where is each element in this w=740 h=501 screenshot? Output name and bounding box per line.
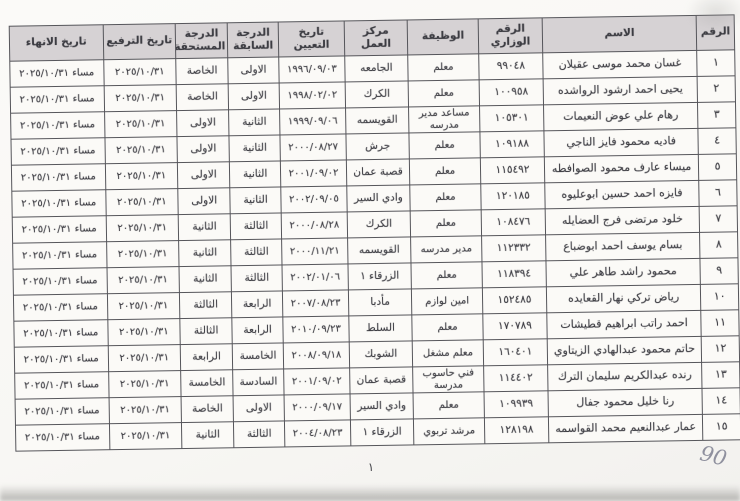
cell-previous-grade: الاولى — [233, 395, 284, 422]
cell-appointment-date: ٢٠١٠/٠٩/٢٣ — [283, 316, 349, 343]
cell-termination-date: مساء ٢٠٢٥/١٠/٣١ — [13, 268, 107, 295]
cell-promotion-date: ٢٠٢٥/١٠/٣١ — [105, 137, 178, 164]
cell-number: ٤ — [698, 128, 736, 155]
cell-promotion-date: ٢٠٢٥/١٠/٣١ — [109, 397, 182, 424]
promotion-table: الرقم الاسم الرقم الوزاري الوظيفة مركز ا… — [9, 14, 740, 451]
cell-entitled-grade: الخاصة — [176, 84, 229, 111]
cell-name: رنا خليل محمود جفال — [548, 388, 703, 416]
cell-name: بسام يوسف احمد ابوضباع — [545, 232, 700, 260]
cell-promotion-date: ٢٠٢٥/١٠/٣١ — [107, 293, 180, 320]
cell-entitled-grade: الاولى — [177, 162, 230, 189]
cell-job-title: معلم — [412, 314, 483, 341]
cell-entitled-grade: الاولى — [177, 136, 230, 163]
cell-previous-grade: الثانية — [229, 135, 280, 162]
cell-name: رنده عبدالكريم سليمان الترك — [547, 362, 702, 390]
cell-work-center: السلط — [349, 315, 412, 342]
cell-job-title: معلم — [410, 210, 481, 237]
cell-number: ١٥ — [703, 414, 740, 441]
cell-number: ٥ — [699, 154, 737, 181]
cell-work-center: الكرك — [347, 211, 410, 238]
cell-job-title: مرشد تربوي — [413, 418, 484, 445]
cell-work-center: قصبة عمان — [350, 367, 413, 394]
cell-entitled-grade: الثانية — [178, 214, 231, 241]
cell-job-title: فني حاسوب مدرسة — [413, 366, 484, 393]
cell-previous-grade: الاولى — [228, 83, 279, 110]
cell-promotion-date: ٢٠٢٥/١٠/٣١ — [105, 189, 178, 216]
cell-appointment-date: ٢٠٠٨/٠٩/١٨ — [283, 342, 349, 369]
cell-name: رياض تركي نهار القعايده — [546, 284, 701, 312]
cell-work-center: مأدبا — [348, 289, 411, 316]
cell-previous-grade: السادسة — [233, 369, 284, 396]
cell-name: فاديه محمود فايز الناجي — [544, 128, 699, 156]
cell-job-title: معلم — [409, 132, 480, 159]
cell-job-title: معلم — [410, 184, 481, 211]
cell-appointment-date: ١٩٩٨/٠٢/٠٢ — [279, 82, 345, 109]
cell-ministry-number: ١٠٩١٨٨ — [480, 131, 544, 158]
cell-appointment-date: ٢٠٠٢/٠٩/٠٥ — [281, 186, 347, 213]
cell-previous-grade: الثالثة — [231, 239, 282, 266]
cell-job-title: معلم — [409, 158, 480, 185]
cell-termination-date: مساء ٢٠٢٥/١٠/٣١ — [15, 424, 109, 451]
table-body: ١غسان محمد موسى عقيلان٩٩٠٤٨معلمالجامعه١٩… — [10, 50, 740, 451]
cell-termination-date: مساء ٢٠٢٥/١٠/٣١ — [12, 216, 106, 243]
cell-work-center: جرش — [346, 133, 409, 160]
cell-work-center: القويسمه — [348, 237, 411, 264]
cell-name: عمار عبدالنعيم محمد القواسمه — [548, 414, 703, 442]
cell-number: ١٤ — [702, 388, 740, 415]
cell-number: ٧ — [699, 206, 737, 233]
cell-previous-grade: الرابعة — [232, 291, 283, 318]
header-previous-grade: الدرجة السابقة — [227, 22, 278, 58]
cell-appointment-date: ٢٠٠٧/٠٨/٢٣ — [282, 290, 348, 317]
cell-name: يحيى احمد ارشود الرواشده — [543, 76, 698, 104]
cell-ministry-number: ١١٥٤٩٢ — [480, 157, 544, 184]
cell-entitled-grade: الخاصة — [181, 396, 234, 423]
cell-ministry-number: ١٠٥٣٠١ — [480, 105, 544, 132]
cell-number: ١٠ — [701, 284, 739, 311]
scan-bottom-shadow — [0, 485, 740, 501]
cell-termination-date: مساء ٢٠٢٥/١٠/٣١ — [10, 86, 104, 113]
header-entitled-grade: الدرجة المستحقة — [175, 23, 228, 59]
cell-promotion-date: ٢٠٢٥/١٠/٣١ — [107, 319, 180, 346]
cell-termination-date: مساء ٢٠٢٥/١٠/٣١ — [11, 164, 105, 191]
cell-job-title: معلم — [411, 262, 482, 289]
cell-previous-grade: الثالثة — [230, 213, 281, 240]
cell-job-title: معلم — [408, 80, 479, 107]
cell-termination-date: مساء ٢٠٢٥/١٠/٣١ — [10, 60, 104, 87]
cell-ministry-number: ١٦٠٤٠١ — [483, 339, 547, 366]
cell-promotion-date: ٢٠٢٥/١٠/٣١ — [108, 371, 181, 398]
cell-number: ٢ — [697, 76, 735, 103]
cell-promotion-date: ٢٠٢٥/١٠/٣١ — [104, 111, 177, 138]
cell-name: خلود مرتضى فرج العضايله — [545, 206, 700, 234]
cell-work-center: الزرقاء ١ — [348, 263, 411, 290]
header-termination-date: تاريخ الانهاء — [9, 25, 103, 61]
header-number: الرقم — [696, 15, 734, 51]
cell-termination-date: مساء ٢٠٢٥/١٠/٣١ — [11, 112, 105, 139]
cell-promotion-date: ٢٠٢٥/١٠/٣١ — [104, 85, 177, 112]
cell-work-center: الجامعه — [345, 55, 408, 82]
cell-entitled-grade: الرابعة — [180, 344, 233, 371]
cell-ministry-number: ١٥٢٤٨٥ — [482, 287, 546, 314]
cell-promotion-date: ٢٠٢٥/١٠/٣١ — [105, 163, 178, 190]
cell-work-center: الزرقاء ١ — [350, 419, 413, 446]
cell-name: غسان محمد موسى عقيلان — [543, 50, 698, 78]
cell-name: رهام علي عوض النعيمات — [543, 102, 698, 130]
cell-promotion-date: ٢٠٢٥/١٠/٣١ — [103, 59, 176, 86]
cell-job-title: امين لوازم — [411, 288, 482, 315]
cell-promotion-date: ٢٠٢٥/١٠/٣١ — [109, 423, 182, 450]
cell-entitled-grade: الثانية — [179, 240, 232, 267]
cell-ministry-number: ١٠٩٩٣٩ — [484, 391, 548, 418]
header-work-center: مركز العمل — [344, 20, 408, 56]
cell-termination-date: مساء ٢٠٢٥/١٠/٣١ — [13, 242, 107, 269]
cell-appointment-date: ٢٠٠٤/٠٨/٢٣ — [284, 420, 350, 447]
cell-name: احمد راتب ابراهيم قطيشات — [547, 310, 702, 338]
header-ministry-number: الرقم الوزاري — [478, 18, 542, 54]
cell-ministry-number: ١٧٠٧٨٩ — [483, 313, 547, 340]
header-name: الاسم — [542, 15, 697, 52]
cell-name: حاتم محمود عبدالهادي الزيتاوي — [547, 336, 702, 364]
cell-previous-grade: الرابعة — [232, 317, 283, 344]
cell-entitled-grade: الاولى — [178, 188, 231, 215]
cell-name: فايزه احمد حسين ابوعليوه — [545, 180, 700, 208]
promotion-table-container: الرقم الاسم الرقم الوزاري الوظيفة مركز ا… — [9, 14, 740, 451]
cell-ministry-number: ١٠٠٩٥٨ — [479, 79, 543, 106]
cell-appointment-date: ٢٠٠٠/٠٨/٢٧ — [280, 134, 346, 161]
cell-ministry-number: ١١٤٤٠٢ — [484, 365, 548, 392]
cell-previous-grade: الثالثة — [231, 265, 282, 292]
cell-number: ٣ — [698, 102, 736, 129]
cell-previous-grade: الثانية — [230, 161, 281, 188]
cell-ministry-number: ١٢٠١٨٥ — [481, 183, 545, 210]
cell-termination-date: مساء ٢٠٢٥/١٠/٣١ — [12, 190, 106, 217]
cell-termination-date: مساء ٢٠٢٥/١٠/٣١ — [13, 294, 107, 321]
cell-work-center: قصبة عمان — [346, 159, 409, 186]
cell-previous-grade: الاولى — [228, 57, 279, 84]
cell-previous-grade: الخامسة — [232, 343, 283, 370]
cell-number: ١ — [697, 50, 735, 77]
cell-appointment-date: ٢٠٠١/٠٩/٠٢ — [280, 160, 346, 187]
cell-number: ١١ — [701, 310, 739, 337]
handwritten-page-mark: 90 — [697, 441, 729, 471]
cell-job-title: مساعد مدير مدرسه — [409, 106, 480, 133]
cell-termination-date: مساء ٢٠٢٥/١٠/٣١ — [14, 346, 108, 373]
cell-previous-grade: الثالثة — [234, 421, 285, 448]
cell-termination-date: مساء ٢٠٢٥/١٠/٣١ — [14, 320, 108, 347]
cell-job-title: مدير مدرسه — [411, 236, 482, 263]
cell-entitled-grade: الثانية — [179, 266, 232, 293]
cell-work-center: الشوبك — [349, 341, 412, 368]
cell-promotion-date: ٢٠٢٥/١٠/٣١ — [108, 345, 181, 372]
cell-entitled-grade: الثالثة — [179, 292, 232, 319]
cell-work-center: وادي السير — [347, 185, 410, 212]
cell-number: ١٣ — [702, 362, 740, 389]
cell-termination-date: مساء ٢٠٢٥/١٠/٣١ — [15, 372, 109, 399]
header-promotion-date: تاريخ الترفيع — [103, 24, 176, 60]
cell-name: محمود راشد طاهر علي — [546, 258, 701, 286]
cell-number: ٨ — [700, 232, 738, 259]
cell-appointment-date: ٢٠٠٠/٠٩/١٧ — [284, 394, 350, 421]
cell-work-center: القويسمه — [346, 107, 409, 134]
cell-appointment-date: ٢٠٠٢/٠١/٠٦ — [282, 264, 348, 291]
header-appointment-date: تاريخ التعيين — [278, 21, 345, 57]
cell-entitled-grade: الخاصة — [176, 58, 229, 85]
cell-job-title: معلم — [413, 392, 484, 419]
cell-ministry-number: ١٠٨٤٧٦ — [481, 209, 545, 236]
cell-ministry-number: ١١٢٣٣٢ — [482, 235, 546, 262]
cell-number: ٦ — [699, 180, 737, 207]
cell-work-center: الكرك — [345, 81, 408, 108]
footer-page-number: ١ — [363, 460, 379, 474]
cell-entitled-grade: الخامسة — [181, 370, 234, 397]
cell-termination-date: مساء ٢٠٢٥/١٠/٣١ — [15, 398, 109, 425]
cell-appointment-date: ٢٠٠٠/١١/٢١ — [282, 238, 348, 265]
cell-previous-grade: الثانية — [229, 109, 280, 136]
cell-promotion-date: ٢٠٢٥/١٠/٣١ — [107, 267, 180, 294]
cell-appointment-date: ١٩٩٦/٠٩/٠٣ — [279, 56, 345, 83]
scanned-document-page: الرقم الاسم الرقم الوزاري الوظيفة مركز ا… — [0, 0, 740, 501]
cell-ministry-number: ١٢٨١٩٨ — [485, 417, 549, 444]
cell-entitled-grade: الاولى — [177, 110, 230, 137]
cell-job-title: معلم — [408, 54, 479, 81]
cell-entitled-grade: الثالثة — [180, 318, 233, 345]
cell-promotion-date: ٢٠٢٥/١٠/٣١ — [106, 215, 179, 242]
cell-number: ١٢ — [701, 336, 739, 363]
cell-ministry-number: ١١٨٣٩٤ — [482, 261, 546, 288]
cell-appointment-date: ٢٠٠١/٠٩/٠٢ — [284, 368, 350, 395]
cell-appointment-date: ١٩٩٩/٠٩/٠٦ — [280, 108, 346, 135]
cell-number: ٩ — [700, 258, 738, 285]
cell-previous-grade: الثانية — [230, 187, 281, 214]
cell-work-center: وادي السير — [350, 393, 413, 420]
header-job-title: الوظيفة — [407, 19, 479, 55]
cell-job-title: معلم مشغل — [412, 340, 483, 367]
cell-appointment-date: ٢٠٠٠/٠٨/٢٨ — [281, 212, 347, 239]
cell-promotion-date: ٢٠٢٥/١٠/٣١ — [106, 241, 179, 268]
cell-ministry-number: ٩٩٠٤٨ — [479, 53, 543, 80]
cell-entitled-grade: الثانية — [182, 422, 235, 449]
cell-name: ميساء عارف محمود الصوافطه — [544, 154, 699, 182]
cell-termination-date: مساء ٢٠٢٥/١٠/٣١ — [11, 138, 105, 165]
